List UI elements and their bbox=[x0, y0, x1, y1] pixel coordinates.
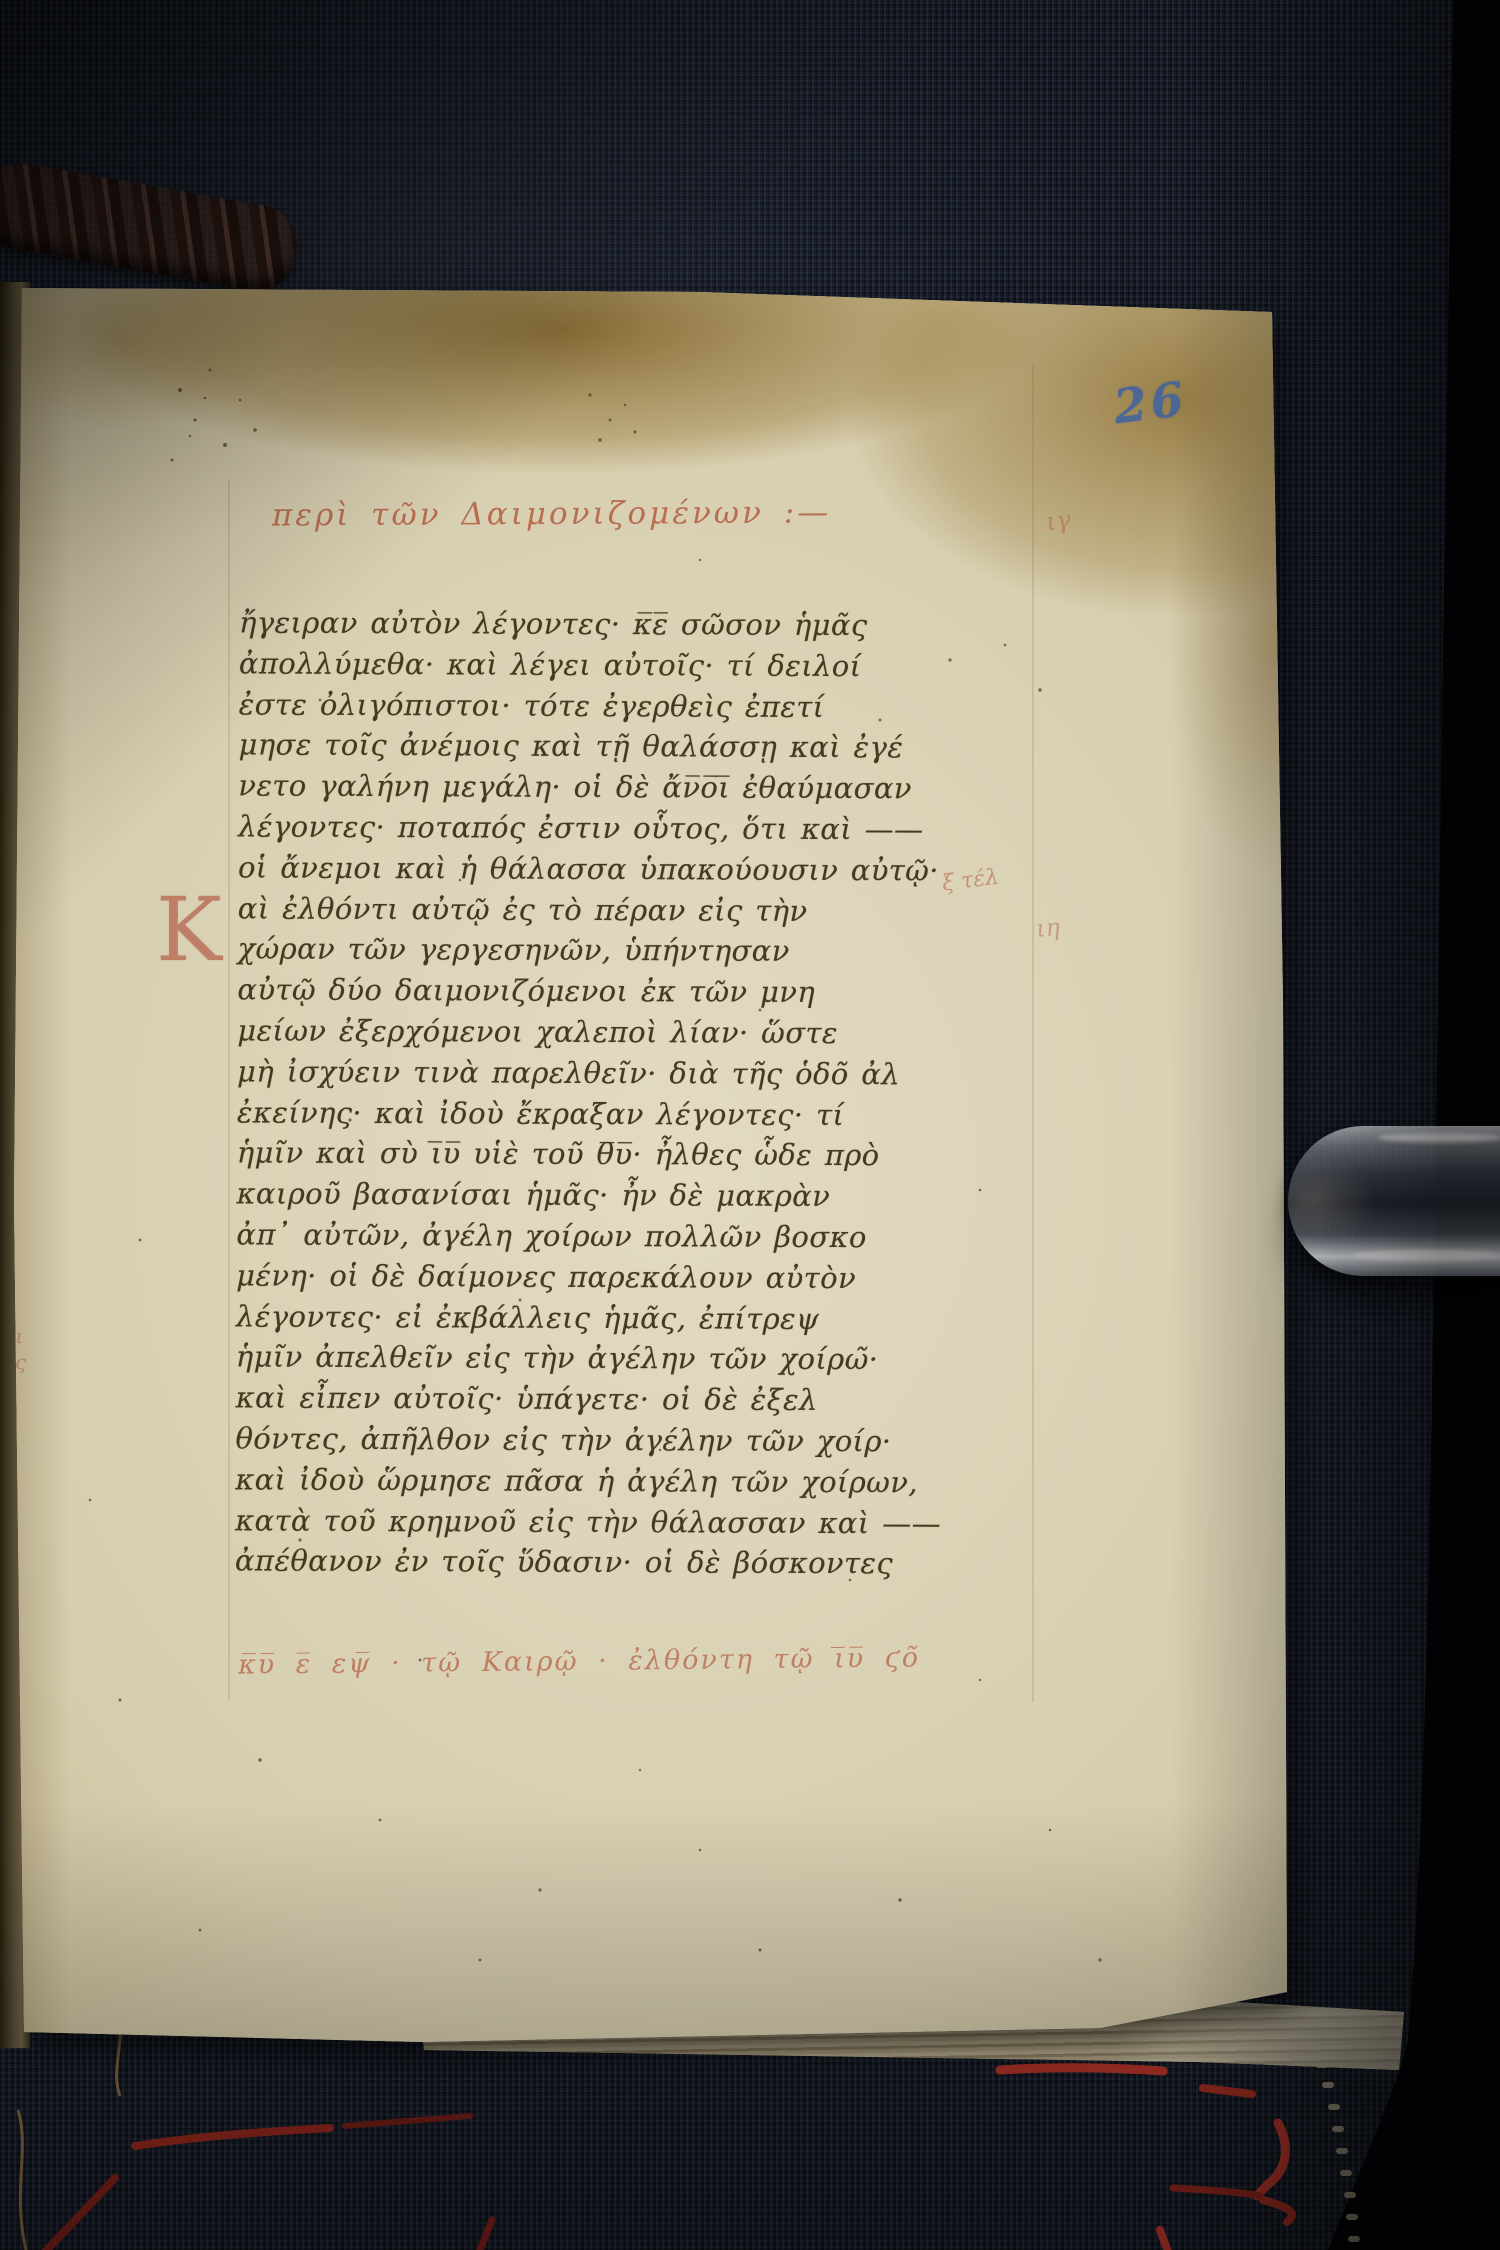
text-line: ἀπέθανον ἐν τοῖς ὕδασιν· οἱ δὲ βόσκοντες bbox=[235, 1541, 965, 1585]
text-line: λέγοντες· εἰ ἐκβάλλεις ἡμᾶς, ἐπίτρεψ bbox=[236, 1296, 966, 1340]
text-line: ἡμῖν καὶ σὺ ι̅υ̅ υἱὲ τοῦ θ̅υ̅· ἦλθες ὧδε… bbox=[237, 1133, 967, 1177]
text-line: ἐκείνης· καὶ ἰδοὺ ἔκραξαν λέγοντες· τί bbox=[237, 1092, 967, 1136]
text-line: καὶ ἰδοὺ ὥρμησε πᾶσα ἡ ἀγέλη τῶν χοίρων, bbox=[235, 1459, 965, 1503]
text-line: μησε τοῖς ἀνέμοις καὶ τῇ θαλάσσῃ καὶ ἐγέ bbox=[238, 725, 968, 769]
text-line: θόντες, ἀπῆλθον εἰς τὴν ἀγέλην τῶν χοίρ· bbox=[235, 1418, 965, 1462]
quire-mark: ιγ bbox=[1044, 504, 1073, 536]
marginal-note-left-lower: ξος bbox=[0, 1350, 26, 1374]
text-line: μὴ ἰσχύειν τινὰ παρελθεῖν· διὰ τῆς ὁδο̃ … bbox=[237, 1051, 967, 1095]
text-line: ἡμῖν ἀπελθεῖν εἰς τὴν ἀγέλην τῶν χοίρω̃· bbox=[236, 1337, 966, 1381]
text-line: μείων ἐξερχόμενοι χαλεποὶ λίαν· ὥστε bbox=[237, 1010, 967, 1054]
glass-page-weight bbox=[1288, 1126, 1500, 1276]
text-line: χώραν τῶν γεργεσηνῶν, ὑπήντησαν bbox=[238, 929, 968, 973]
rubricated-initial: Κ bbox=[156, 886, 222, 974]
text-line: κατὰ τοῦ κρημνοῦ εἰς τὴν θάλασσαν καὶ —— bbox=[235, 1500, 965, 1544]
manuscript-photo: περὶ τῶν Δαιμονιζομένων :— ιγ 26 Κ ἤγειρ… bbox=[0, 0, 1500, 2250]
parchment-page: περὶ τῶν Δαιμονιζομένων :— ιγ 26 Κ ἤγειρ… bbox=[0, 0, 1500, 2250]
text-line: οἱ ἄνεμοι καὶ ἡ θάλασσα ὑπακούουσιν αὐτῷ… bbox=[238, 847, 968, 891]
text-line: ἀπ᾽ αὐτῶν, ἀγέλη χοίρων πολλῶν βοσκο bbox=[236, 1214, 966, 1258]
text-line: λέγοντες· ποταπός ἐστιν οὗτος, ὅτι καὶ —… bbox=[238, 806, 968, 850]
marginal-note-left-upper: π ι bbox=[0, 1324, 23, 1348]
folio-number: 26 bbox=[1111, 372, 1191, 436]
parchment-surface: περὶ τῶν Δαιμονιζομένων :— ιγ 26 Κ ἤγειρ… bbox=[0, 0, 1500, 2250]
text-line: ἀπολλύμεθα· καὶ λέγει αὐτοῖς· τί δειλοί bbox=[239, 643, 969, 687]
marginal-note-right-lower: ιη bbox=[1035, 913, 1061, 943]
text-line: ἐστε ὀλιγόπιστοι· τότε ἐγερθεὶς ἐπετί bbox=[239, 684, 969, 728]
text-line: καιροῦ βασανίσαι ἡμᾶς· ἦν δὲ μακρὰν bbox=[236, 1174, 966, 1218]
edge-holes bbox=[1, 337, 16, 731]
rod-highlight-bottom bbox=[1352, 1250, 1500, 1261]
chapter-heading-rubric: περὶ τῶν Δαιμονιζομένων :— bbox=[272, 495, 831, 534]
text-line: αὶ ἐλθόντι αὐτῷ ἐς τὸ πέραν εἰς τὴν bbox=[238, 888, 968, 932]
text-line: καὶ εἶπεν αὐτοῖς· ὑπάγετε· οἱ δὲ ἐξελ bbox=[236, 1378, 966, 1422]
text-line: νετο γαλήνη μεγάλη· οἱ δὲ ἄν̅ο̅ι̅ ἐθαύμα… bbox=[238, 766, 968, 810]
rod-highlight-top bbox=[1378, 1133, 1500, 1142]
body-text-block: ἤγειραν αὐτὸν λέγοντες· κ̅ε̅ σῶσον ἡμᾶςἀ… bbox=[235, 602, 969, 1584]
text-line: αὐτῷ δύο δαιμονιζόμενοι ἐκ τῶν μνη bbox=[237, 970, 967, 1014]
text-line: ἤγειραν αὐτὸν λέγοντες· κ̅ε̅ σῶσον ἡμᾶς bbox=[239, 602, 969, 646]
text-line: μένη· οἱ δὲ δαίμονες παρεκάλουν αὐτὸν bbox=[236, 1255, 966, 1299]
